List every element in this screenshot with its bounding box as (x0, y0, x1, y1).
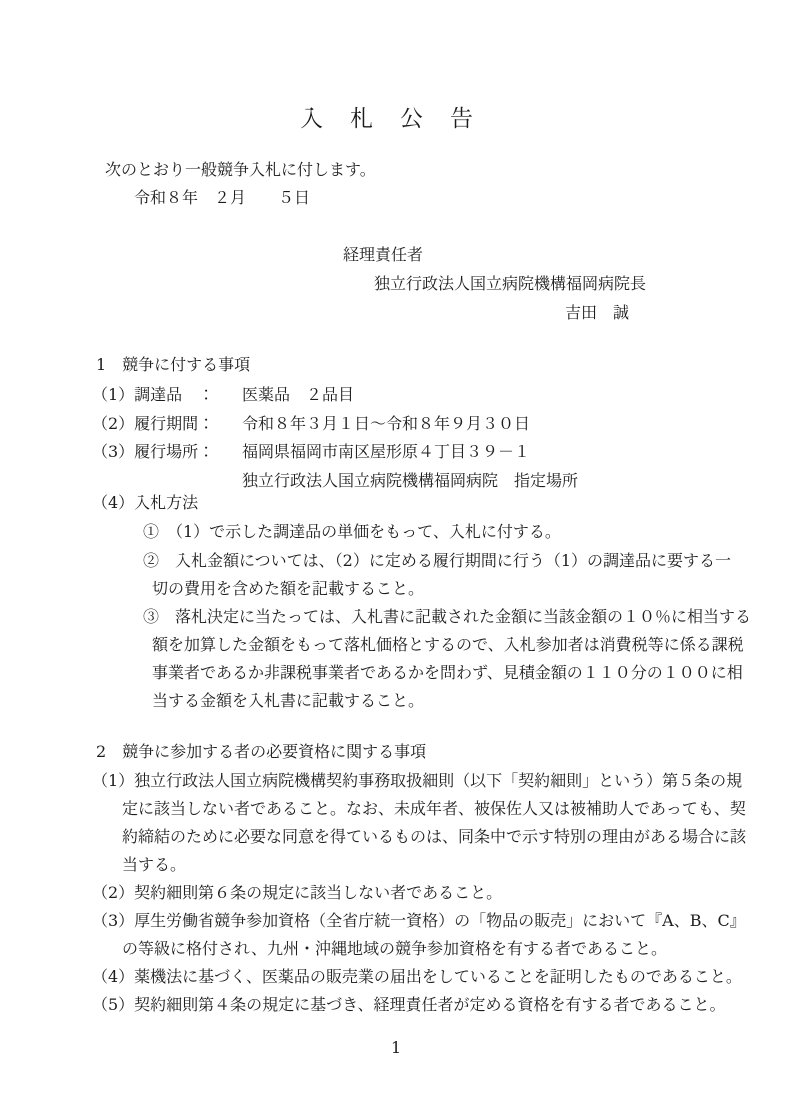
item-2-3-cont: の等級に格付され、九州・沖縄地域の競争参加資格を有する者であること。 (0, 936, 792, 960)
page-number-text: 1 (391, 1038, 401, 1057)
item-1-3-text: 福岡県福岡市南区屋形原４丁目３９－１ (242, 439, 530, 462)
item-2-5: （5）契約細則第４条の規定に基づき、経理責任者が定める資格を有する者であること。 (0, 992, 792, 1016)
item-2-2: （2）契約細則第６条の規定に該当しない者であること。 (0, 880, 792, 904)
signer-name: 吉田 誠 (0, 300, 792, 324)
item-2-1-cont1: 定に該当しない者であること。なお、未成年者、被保佐人又は被補助人であっても、契 (0, 796, 792, 820)
signer-org-text: 独立行政法人国立病院機構福岡病院長 (374, 271, 646, 294)
item-2-4-text: （4）薬機法に基づく、医薬品の販売業の届出をしていることを証明したものであること… (92, 964, 742, 987)
item-1-4-sub2-text: ② 入札金額については、（2）に定める履行期間に行う（1）の調達品に要する一 (143, 548, 731, 571)
item-1-4-sub3-cont1-text: 額を加算した金額をもって落札価格とするので、入札参加者は消費税等に係る課税 (152, 632, 744, 655)
signer-role-text: 経理責任者 (343, 242, 423, 265)
item-1-3-cont-text: 独立行政法人国立病院機構福岡病院 指定場所 (242, 468, 578, 491)
item-1-4-sub3-cont2: 事業者であるか非課税事業者であるかを問わず、見積金額の１１０分の１００に相 (0, 660, 792, 684)
item-1-4-sub3-cont3: 当する金額を入札書に記載すること。 (0, 688, 792, 712)
signer-org: 独立行政法人国立病院機構福岡病院長 (0, 271, 792, 295)
item-1-4-text: （4）入札方法 (92, 490, 198, 513)
item-1-3: （3）履行場所：福岡県福岡市南区屋形原４丁目３９－１ (0, 439, 792, 463)
item-1-2-text: （2）履行期間： (92, 411, 214, 434)
item-2-1-cont3: 当する。 (0, 852, 792, 876)
item-2-3-cont-text: の等級に格付され、九州・沖縄地域の競争参加資格を有する者であること。 (122, 936, 667, 959)
item-2-3-text: （3）厚生労働省競争参加資格（全省庁統一資格）の「物品の販売」において『A、B、… (92, 908, 746, 931)
intro-line: 次のとおり一般競争入札に付します。 (0, 157, 792, 181)
section2-heading-text: 2 競争に参加する者の必要資格に関する事項 (96, 739, 426, 762)
section1-heading-text: 1 競争に付する事項 (96, 352, 250, 375)
item-1-3-text: （3）履行場所： (92, 439, 214, 462)
intro-line-text: 次のとおり一般競争入札に付します。 (105, 157, 376, 180)
item-2-5-text: （5）契約細則第４条の規定に基づき、経理責任者が定める資格を有する者であること。 (92, 992, 726, 1015)
item-1-4-sub3-cont1: 額を加算した金額をもって落札価格とするので、入札参加者は消費税等に係る課税 (0, 632, 792, 656)
item-2-1-text: （1）独立行政法人国立病院機構契約事務取扱細則（以下「契約細則」という）第５条の… (92, 768, 742, 791)
item-2-1-cont2: 約締結のために必要な同意を得ているものは、同条中で示す特別の理由がある場合に該 (0, 824, 792, 848)
item-1-4-sub3-cont2-text: 事業者であるか非課税事業者であるかを問わず、見積金額の１１０分の１００に相 (152, 660, 743, 683)
item-1-4-sub2: ② 入札金額については、（2）に定める履行期間に行う（1）の調達品に要する一 (0, 548, 792, 572)
item-1-4-sub1-text: ① （1）で示した調達品の単価をもって、入札に付する。 (143, 519, 561, 542)
item-1-4-sub2-cont-text: 切の費用を含めた額を記載すること。 (152, 576, 424, 599)
section1-heading: 1 競争に付する事項 (0, 352, 792, 376)
item-1-1: （1）調達品 ：医薬品 ２品目 (0, 382, 792, 406)
doc-title: 入 札 公 告 (0, 100, 792, 124)
item-1-4: （4）入札方法 (0, 490, 792, 514)
item-2-1: （1）独立行政法人国立病院機構契約事務取扱細則（以下「契約細則」という）第５条の… (0, 768, 792, 792)
page-number: 1 (0, 1038, 792, 1062)
item-1-4-sub3: ③ 落札決定に当たっては、入札書に記載された金額に当該金額の１０％に相当する (0, 604, 792, 628)
date-line-text: 令和８年 ２月 ５日 (134, 185, 310, 208)
signer-name-text: 吉田 誠 (565, 300, 629, 323)
item-2-2-text: （2）契約細則第６条の規定に該当しない者であること。 (92, 880, 502, 903)
item-2-4: （4）薬機法に基づく、医薬品の販売業の届出をしていることを証明したものであること… (0, 964, 792, 988)
item-1-4-sub1: ① （1）で示した調達品の単価をもって、入札に付する。 (0, 519, 792, 543)
item-1-2-text: 令和８年３月１日～令和８年９月３０日 (242, 411, 530, 434)
signer-role: 経理責任者 (0, 242, 792, 266)
item-2-1-cont1-text: 定に該当しない者であること。なお、未成年者、被保佐人又は被補助人であっても、契 (122, 796, 746, 819)
item-1-1-text: （1）調達品 ： (92, 382, 214, 405)
item-1-2: （2）履行期間：令和８年３月１日～令和８年９月３０日 (0, 411, 792, 435)
item-2-1-cont2-text: 約締結のために必要な同意を得ているものは、同条中で示す特別の理由がある場合に該 (122, 824, 746, 847)
doc-title-text: 入 札 公 告 (300, 100, 475, 133)
item-1-1-text: 医薬品 ２品目 (242, 382, 354, 405)
item-1-4-sub3-text: ③ 落札決定に当たっては、入札書に記載された金額に当該金額の１０％に相当する (143, 604, 751, 627)
item-1-4-sub2-cont: 切の費用を含めた額を記載すること。 (0, 576, 792, 600)
section2-heading: 2 競争に参加する者の必要資格に関する事項 (0, 739, 792, 763)
date-line: 令和８年 ２月 ５日 (0, 185, 792, 209)
item-1-3-cont: 独立行政法人国立病院機構福岡病院 指定場所 (0, 468, 792, 492)
item-1-4-sub3-cont3-text: 当する金額を入札書に記載すること。 (152, 688, 424, 711)
document-page: 入 札 公 告次のとおり一般競争入札に付します。令和８年 ２月 ５日経理責任者独… (0, 0, 792, 1120)
item-2-3: （3）厚生労働省競争参加資格（全省庁統一資格）の「物品の販売」において『A、B、… (0, 908, 792, 932)
item-2-1-cont3-text: 当する。 (122, 852, 186, 875)
